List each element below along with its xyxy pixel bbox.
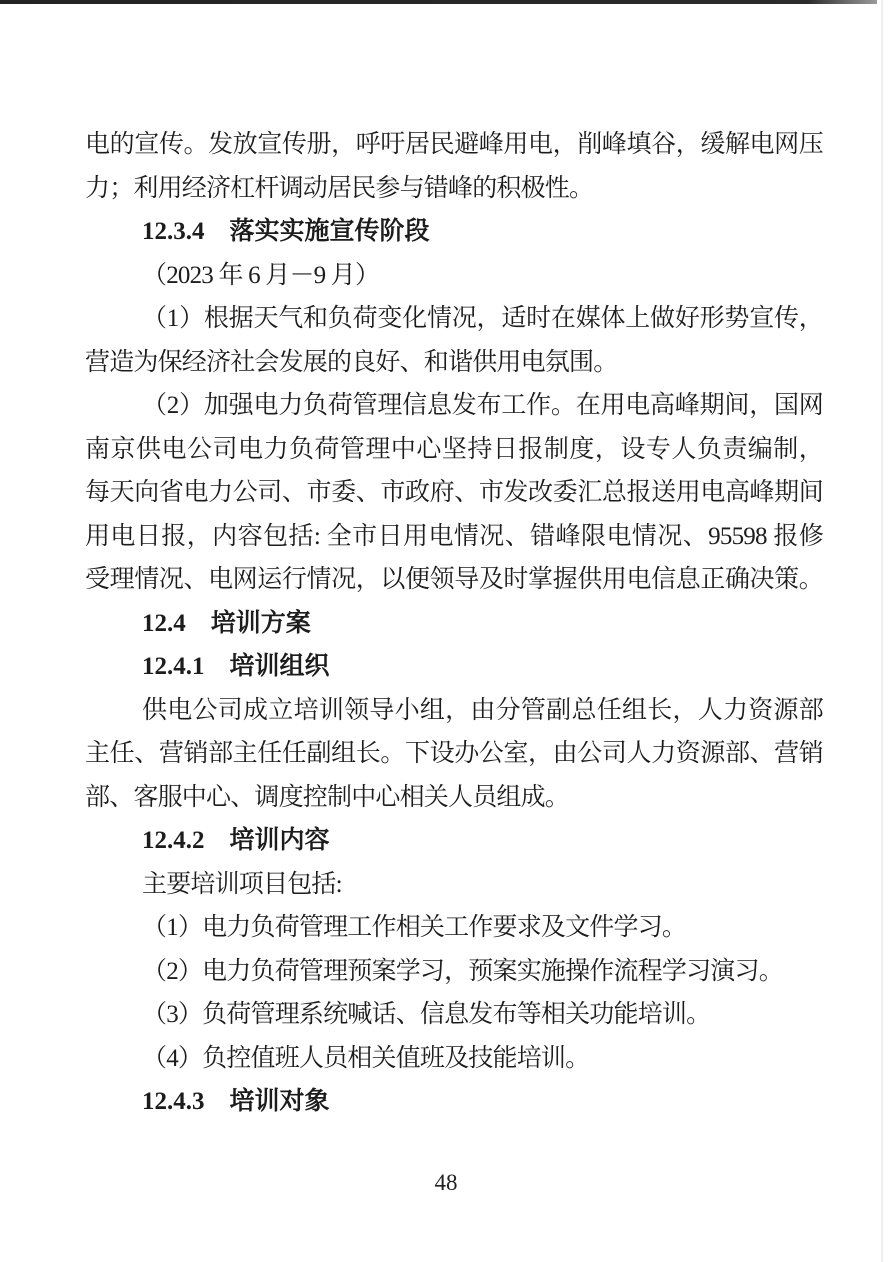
heading-line: 12.4 培训方案 [85,602,823,646]
document-lines: 电的宣传。发放宣传册，呼吁居民避峰用电，削峰填谷，缓解电网压力；利用经济杠杆调动… [85,123,823,1124]
text-line: 受理情况、电网运行情况，以便领导及时掌握供用电信息正确决策。 [85,558,823,602]
text-line: 南京供电公司电力负荷管理中心坚持日报制度，设专人负责编制， [85,428,823,472]
text-line: （1）根据天气和负荷变化情况，适时在媒体上做好形势宣传， [85,297,823,341]
text-line: （4）负控值班人员相关值班及技能培训。 [85,1037,823,1081]
text-line: （3）负荷管理系统喊话、信息发布等相关功能培训。 [85,993,823,1037]
text-line: 主要培训项目包括: [85,863,823,907]
heading-line: 12.4.2 培训内容 [85,819,823,863]
text-line: 供电公司成立培训领导小组，由分管副总任组长，人力资源部 [85,689,823,733]
text-line: （2）加强电力负荷管理信息发布工作。在用电高峰期间，国网 [85,384,823,428]
scan-top-edge [0,0,877,4]
page-number: 48 [0,1168,892,1198]
text-line: 主任、营销部主任任副组长。下设办公室，由公司人力资源部、营销 [85,732,823,776]
text-line: 营造为保经济社会发展的良好、和谐供用电氛围。 [85,341,823,385]
heading-line: 12.3.4 落实实施宣传阶段 [85,210,823,254]
text-line: （1）电力负荷管理工作相关工作要求及文件学习。 [85,906,823,950]
document-page: 电的宣传。发放宣传册，呼吁居民避峰用电，削峰填谷，缓解电网压力；利用经济杠杆调动… [0,0,892,1262]
heading-line: 12.4.3 培训对象 [85,1080,823,1124]
heading-line: 12.4.1 培训组织 [85,645,823,689]
text-line: 部、客服中心、调度控制中心相关人员组成。 [85,776,823,820]
text-line: 每天向省电力公司、市委、市政府、市发改委汇总报送用电高峰期间 [85,471,823,515]
scan-right-edge [881,0,883,1262]
text-line: 用电日报，内容包括: 全市日用电情况、错峰限电情况、95598 报修 [85,515,823,559]
text-line: 电的宣传。发放宣传册，呼吁居民避峰用电，削峰填谷，缓解电网压 [85,123,823,167]
text-line: （2023 年 6 月－9 月） [85,254,823,298]
text-line: 力；利用经济杠杆调动居民参与错峰的积极性。 [85,167,823,211]
text-line: （2）电力负荷管理预案学习，预案实施操作流程学习演习。 [85,950,823,994]
